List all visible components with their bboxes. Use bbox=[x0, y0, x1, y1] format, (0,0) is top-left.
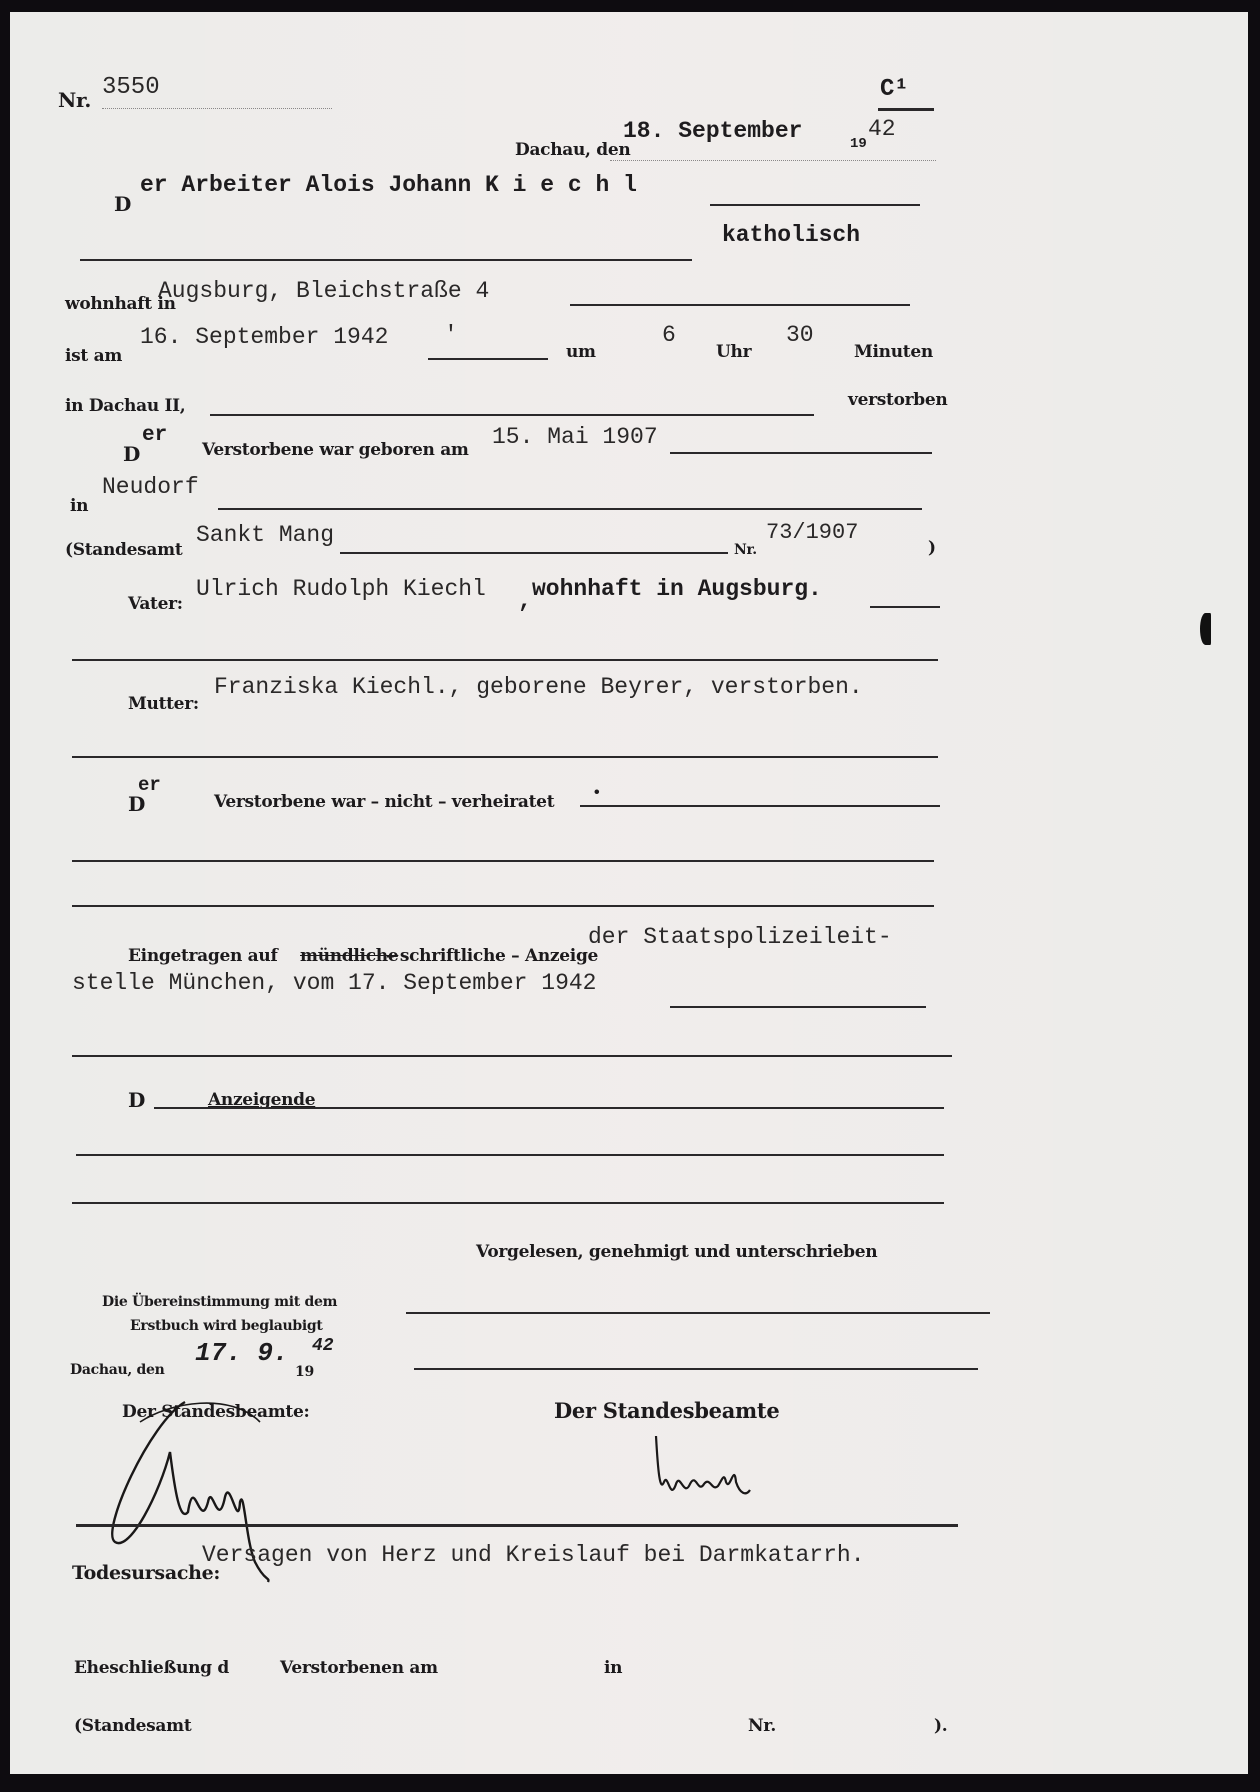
time-um-label: um bbox=[566, 342, 596, 362]
marital-line bbox=[580, 805, 940, 807]
marriage-registry-label: (Standesamt bbox=[74, 1716, 191, 1736]
death-date: 16. September 1942 bbox=[140, 324, 388, 350]
birth-date: 15. Mai 1907 bbox=[492, 424, 658, 450]
register-number-dotted-line bbox=[102, 108, 332, 109]
deceased-name: er Arbeiter Alois Johann K i e c h l bbox=[140, 172, 637, 198]
birth-date-line bbox=[670, 452, 932, 454]
marital-value: • bbox=[592, 784, 602, 802]
read-approved-label: Vorgelesen, genehmigt und unterschrieben bbox=[476, 1242, 877, 1262]
death-mark: ' bbox=[444, 322, 458, 348]
registry-nr-label: Nr. bbox=[734, 542, 757, 558]
register-number: 3550 bbox=[102, 74, 160, 101]
registry: Sankt Mang bbox=[196, 522, 334, 548]
residence: Augsburg, Bleichstraße 4 bbox=[158, 278, 489, 304]
conformity-line-2: Erstbuch wird beglaubigt bbox=[130, 1318, 323, 1334]
died-label: verstorben bbox=[848, 390, 947, 410]
cause-of-death-value: Versagen von Herz und Kreislauf bei Darm… bbox=[202, 1542, 865, 1568]
registration-label-end: – schriftliche – Anzeige bbox=[386, 946, 598, 966]
father-line bbox=[870, 606, 940, 608]
name-line bbox=[710, 204, 920, 206]
registry-label: (Standesamt bbox=[65, 540, 182, 560]
marital-line-3 bbox=[72, 905, 934, 907]
death-place-line bbox=[210, 414, 814, 416]
registration-struck-word: mündliche bbox=[300, 946, 398, 966]
registration-label-start: Eingetragen auf bbox=[128, 946, 277, 966]
birth-place-label: in bbox=[70, 496, 88, 516]
marriage-nr-label: Nr. bbox=[748, 1716, 776, 1736]
death-minutes: 30 bbox=[786, 322, 814, 348]
name-prefix-letter: D bbox=[114, 192, 131, 216]
place-date-label: Dachau, den bbox=[515, 140, 630, 160]
death-place-label: in Dachau II, bbox=[65, 396, 185, 416]
death-date-line bbox=[428, 358, 548, 360]
marriage-close: ). bbox=[934, 1716, 947, 1736]
cause-of-death-label: Todesursache: bbox=[72, 1562, 220, 1584]
informant-line-2: stelle München, vom 17. September 1942 bbox=[72, 970, 597, 996]
hour-label: Uhr bbox=[716, 342, 751, 362]
hole-punch-mark bbox=[1200, 613, 1211, 645]
informant-line-1: der Staatspolizeileit- bbox=[588, 924, 892, 950]
signature-right-icon bbox=[650, 1432, 770, 1512]
father-residence: wohnhaft in Augsburg. bbox=[532, 576, 822, 602]
entry-year-suffix: 42 bbox=[868, 116, 896, 142]
birth-place-line bbox=[218, 508, 922, 510]
entry-date: 18. September bbox=[623, 118, 802, 144]
cause-of-death-rule bbox=[76, 1524, 958, 1527]
religion: katholisch bbox=[722, 222, 860, 248]
residence-line bbox=[570, 304, 910, 306]
registry-line bbox=[340, 552, 728, 554]
signature-line-1 bbox=[406, 1312, 990, 1314]
cert-year-handwritten: 42 bbox=[312, 1336, 334, 1356]
cert-year-prefix: 19 bbox=[295, 1364, 314, 1380]
cert-date-handwritten: 17. 9. bbox=[195, 1338, 289, 1368]
entry-date-dotted-line bbox=[610, 160, 936, 161]
marriage-label-2: Verstorbenen am bbox=[280, 1658, 438, 1678]
cert-place-label: Dachau, den bbox=[70, 1362, 165, 1378]
birth-prefix-sup: er bbox=[142, 424, 167, 447]
father-line-2 bbox=[72, 659, 938, 661]
signature-line-2 bbox=[414, 1368, 978, 1370]
corner-code-underline bbox=[878, 108, 934, 111]
marriage-in-label: in bbox=[604, 1658, 622, 1678]
corner-code: C¹ bbox=[880, 76, 909, 103]
mother-name: Franziska Kiechl., geborene Beyrer, vers… bbox=[214, 674, 863, 700]
birth-place: Neudorf bbox=[102, 474, 199, 500]
marital-prefix-sup: er bbox=[138, 774, 161, 796]
marital-line-2 bbox=[72, 860, 934, 862]
informant-rule-3 bbox=[72, 1202, 944, 1204]
registry-nr: 73/1907 bbox=[766, 520, 858, 545]
father-label: Vater: bbox=[128, 594, 183, 614]
informant-line-2-rule bbox=[72, 1055, 952, 1057]
conformity-line-1: Die Übereinstimmung mit dem bbox=[102, 1294, 337, 1310]
birth-label: Verstorbene war geboren am bbox=[202, 440, 469, 460]
registrar-right-label: Der Standesbeamte bbox=[554, 1398, 779, 1423]
minutes-label: Minuten bbox=[854, 342, 933, 362]
mother-line bbox=[72, 756, 938, 758]
birth-prefix: D bbox=[123, 442, 140, 466]
informant-rule bbox=[154, 1107, 944, 1109]
registry-close: ) bbox=[928, 538, 936, 558]
informant-rule-2 bbox=[76, 1154, 944, 1156]
mother-label: Mutter: bbox=[128, 694, 199, 714]
marriage-label: Eheschließung d bbox=[74, 1658, 229, 1678]
informant-prefix: D bbox=[128, 1088, 145, 1112]
informant-line bbox=[670, 1006, 926, 1008]
marital-label: Verstorbene war – nicht – verheiratet bbox=[214, 792, 554, 812]
document-page: Nr. 3550 C¹ Dachau, den 18. September 19… bbox=[10, 12, 1248, 1774]
death-date-label: ist am bbox=[65, 346, 122, 366]
father-name: Ulrich Rudolph Kiechl bbox=[196, 576, 486, 602]
religion-line bbox=[80, 259, 692, 261]
register-number-label: Nr. bbox=[58, 88, 91, 112]
entry-year-prefix: 19 bbox=[850, 136, 867, 152]
father-comma: , bbox=[518, 588, 532, 614]
death-hour: 6 bbox=[662, 322, 676, 348]
